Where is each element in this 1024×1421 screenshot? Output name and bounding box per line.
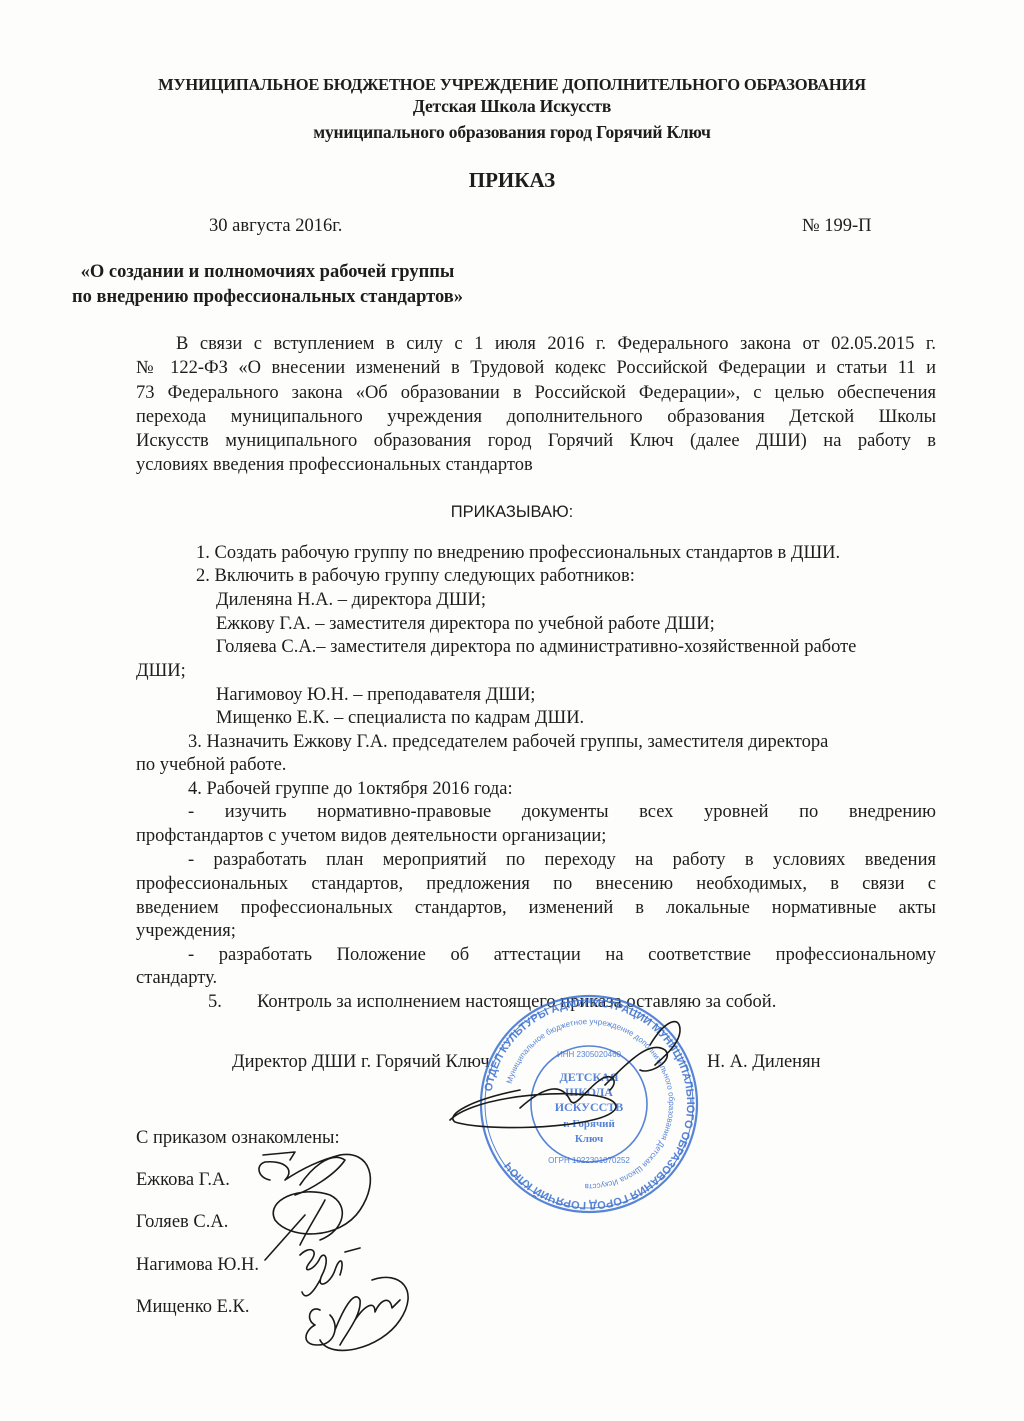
subject-line1: «О создании и полномочиях рабочей группы: [0, 262, 535, 283]
signature-position: Директор ДШИ г. Горячий Ключ: [232, 1052, 490, 1073]
member: Мищенко Е.К. – специалиста по кадрам ДШИ…: [216, 708, 584, 729]
task: - разработать Положение об аттестации на…: [136, 945, 936, 966]
official-stamp-icon: ОТДЕЛ КУЛЬТУРЫ АДМИНИСТРАЦИИ МУНИЦИПАЛЬН…: [478, 993, 700, 1215]
task-cont: профессиональных стандартов, предложения…: [136, 874, 936, 895]
acknowledged-name: Нагимова Ю.Н.: [136, 1255, 259, 1276]
document-date: 30 августа 2016г.: [209, 216, 342, 237]
org-name-line2: Детская Школа Искусств: [0, 96, 1024, 117]
document-title: ПРИКАЗ: [0, 168, 1024, 193]
preamble-line: перехода муниципального учреждения допол…: [136, 405, 936, 429]
signature-ezhkova-icon: [259, 1152, 345, 1195]
item-2: 2. Включить в рабочую группу следующих р…: [196, 566, 635, 587]
org-name-line1: МУНИЦИПАЛЬНОЕ БЮДЖЕТНОЕ УЧРЕЖДЕНИЕ ДОПОЛ…: [0, 75, 1024, 95]
preamble-line: № 122-ФЗ «О внесении изменений в Трудово…: [136, 356, 936, 380]
svg-text:ИСКУССТВ: ИСКУССТВ: [555, 1100, 624, 1114]
task-cont: стандарту.: [136, 968, 936, 989]
order-word: ПРИКАЗЫВАЮ:: [0, 503, 1024, 522]
item-1: 1. Создать рабочую группу по внедрению п…: [196, 543, 840, 564]
member-cont: ДШИ;: [136, 661, 186, 682]
task-cont: введением профессиональных стандартов, и…: [136, 898, 936, 919]
item-5-number: 5.: [208, 992, 222, 1013]
member: Нагимовоу Ю.Н. – преподавателя ДШИ;: [216, 685, 535, 706]
signature-nagimova-icon: [300, 1248, 360, 1296]
org-name-line3: муниципального образования город Горячий…: [0, 122, 1024, 143]
member: Диленяна Н.А. – директора ДШИ;: [216, 590, 486, 611]
signature-golyaev-icon: [265, 1154, 370, 1260]
svg-text:ДЕТСКАЯ: ДЕТСКАЯ: [560, 1070, 619, 1084]
task: - изучить нормативно-правовые документы …: [136, 802, 936, 823]
item-3-cont: по учебной работе.: [136, 755, 286, 776]
acknowledged-name: Голяев С.А.: [136, 1212, 228, 1233]
preamble-line: В связи с вступлением в силу с 1 июля 20…: [136, 332, 936, 356]
acknowledged-name: Мищенко Е.К.: [136, 1297, 250, 1318]
preamble-line: Искусств муниципального образования горо…: [136, 429, 936, 453]
svg-text:г. Горячий: г. Горячий: [563, 1118, 615, 1130]
preamble: В связи с вступлением в силу с 1 июля 20…: [136, 332, 936, 478]
signature-mishchenko-icon: [306, 1277, 408, 1350]
member: Голяева С.А.– заместителя директора по а…: [216, 637, 856, 658]
svg-text:Ключ: Ключ: [575, 1133, 603, 1145]
member: Ежкову Г.А. – заместителя директора по у…: [216, 614, 715, 635]
preamble-line: условиях введения профессиональных станд…: [136, 453, 936, 477]
document-number: № 199-П: [802, 216, 872, 237]
task-cont: учреждения;: [136, 921, 936, 942]
item-4: 4. Рабочей группе до 1октября 2016 года:: [188, 779, 513, 800]
svg-text:ИНН 2305020460: ИНН 2305020460: [557, 1050, 622, 1059]
subject-line2: по внедрению профессиональных стандартов…: [0, 287, 535, 308]
acknowledged-name: Ежкова Г.А.: [136, 1170, 230, 1191]
signature-name: Н. А. Диленян: [707, 1052, 821, 1073]
preamble-line: 73 Федерального закона «Об образовании в…: [136, 381, 936, 405]
task: - разработать план мероприятий по перехо…: [136, 850, 936, 871]
task-cont: профстандартов с учетом видов деятельнос…: [136, 826, 936, 847]
acknowledged-label: С приказом ознакомлены:: [136, 1128, 340, 1149]
item-3: 3. Назначить Ежкову Г.А. председателем р…: [188, 732, 828, 753]
svg-text:ШКОЛА: ШКОЛА: [565, 1085, 613, 1099]
svg-text:ОГРН 1022301070252: ОГРН 1022301070252: [548, 1156, 630, 1165]
